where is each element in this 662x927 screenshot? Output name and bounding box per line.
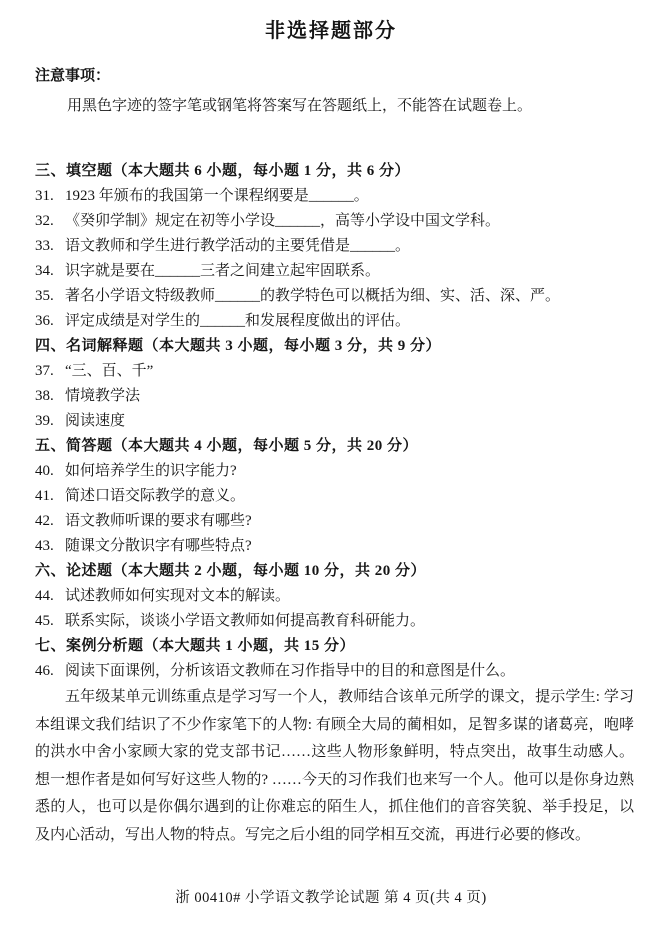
question-row: 37. “三、百、千” [35,359,634,384]
page-footer: 浙 00410# 小学语文教学论试题 第 4 页(共 4 页) [0,886,662,907]
question-text: 试述教师如何实现对文本的解读。 [65,584,634,609]
question-text: 联系实际，谈谈小学语文教师如何提高教育科研能力。 [65,609,634,634]
question-text: 识字就是要在______三者之间建立起牢固联系。 [65,259,634,284]
section-heading-essay: 六、论述题（本大题共 2 小题，每小题 10 分，共 20 分） [35,559,634,584]
exam-content: 三、填空题（本大题共 6 小题，每小题 1 分，共 6 分） 31. 1923 … [35,159,634,849]
question-text: 阅读下面课例，分析该语文教师在习作指导中的目的和意图是什么。 [65,659,634,684]
notice-text: 用黑色字迹的签字笔或钢笔将答案写在答题纸上，不能答在试题卷上。 [67,94,632,115]
question-row: 34. 识字就是要在______三者之间建立起牢固联系。 [35,259,634,284]
question-row: 39. 阅读速度 [35,409,634,434]
question-text: 如何培养学生的识字能力? [65,459,634,484]
question-number: 43. [35,534,65,559]
question-number: 31. [35,184,65,209]
question-number: 37. [35,359,65,384]
question-number: 32. [35,209,65,234]
question-row: 31. 1923 年颁布的我国第一个课程纲要是______。 [35,184,634,209]
question-row: 36. 评定成绩是对学生的______和发展程度做出的评估。 [35,309,634,334]
question-number: 39. [35,409,65,434]
question-row: 35. 著名小学语文特级教师______的教学特色可以概括为细、实、活、深、严。 [35,284,634,309]
question-number: 33. [35,234,65,259]
question-text: 阅读速度 [65,409,634,434]
question-row: 40. 如何培养学生的识字能力? [35,459,634,484]
question-text: 著名小学语文特级教师______的教学特色可以概括为细、实、活、深、严。 [65,284,634,309]
notice-label: 注意事项： [35,64,632,85]
question-row: 42. 语文教师听课的要求有哪些? [35,509,634,534]
question-number: 42. [35,509,65,534]
question-number: 41. [35,484,65,509]
question-number: 36. [35,309,65,334]
page-title: 非选择题部分 [0,0,662,43]
question-row: 45. 联系实际，谈谈小学语文教师如何提高教育科研能力。 [35,609,634,634]
question-number: 46. [35,659,65,684]
question-number: 34. [35,259,65,284]
question-text: “三、百、千” [65,359,634,384]
question-row: 46. 阅读下面课例，分析该语文教师在习作指导中的目的和意图是什么。 [35,659,634,684]
exam-paper-page: 非选择题部分 注意事项： 用黑色字迹的签字笔或钢笔将答案写在答题纸上，不能答在试… [0,0,662,927]
question-text: 语文教师和学生进行教学活动的主要凭借是______。 [65,234,634,259]
section-heading-case-analysis: 七、案例分析题（本大题共 1 小题，共 15 分） [35,634,634,659]
question-row: 38. 情境教学法 [35,384,634,409]
question-text: 情境教学法 [65,384,634,409]
question-number: 45. [35,609,65,634]
question-text: 随课文分散识字有哪些特点? [65,534,634,559]
question-row: 33. 语文教师和学生进行教学活动的主要凭借是______。 [35,234,634,259]
question-row: 41. 简述口语交际教学的意义。 [35,484,634,509]
question-number: 38. [35,384,65,409]
question-row: 32. 《癸卯学制》规定在初等小学设______，高等小学设中国文学科。 [35,209,634,234]
question-text: 1923 年颁布的我国第一个课程纲要是______。 [65,184,634,209]
question-text: 简述口语交际教学的意义。 [65,484,634,509]
question-row: 44. 试述教师如何实现对文本的解读。 [35,584,634,609]
question-number: 40. [35,459,65,484]
question-number: 44. [35,584,65,609]
question-row: 43. 随课文分散识字有哪些特点? [35,534,634,559]
section-heading-short-answer: 五、简答题（本大题共 4 小题，每小题 5 分，共 20 分） [35,434,634,459]
question-text: 《癸卯学制》规定在初等小学设______，高等小学设中国文学科。 [65,209,634,234]
question-text: 评定成绩是对学生的______和发展程度做出的评估。 [65,309,634,334]
section-heading-term-definition: 四、名词解释题（本大题共 3 小题，每小题 3 分，共 9 分） [35,334,634,359]
question-number: 35. [35,284,65,309]
question-text: 语文教师听课的要求有哪些? [65,509,634,534]
case-study-paragraph: 五年级某单元训练重点是学习写一个人，教师结合该单元所学的课文，提示学生: 学习本… [35,684,634,849]
section-heading-fill-blank: 三、填空题（本大题共 6 小题，每小题 1 分，共 6 分） [35,159,634,184]
